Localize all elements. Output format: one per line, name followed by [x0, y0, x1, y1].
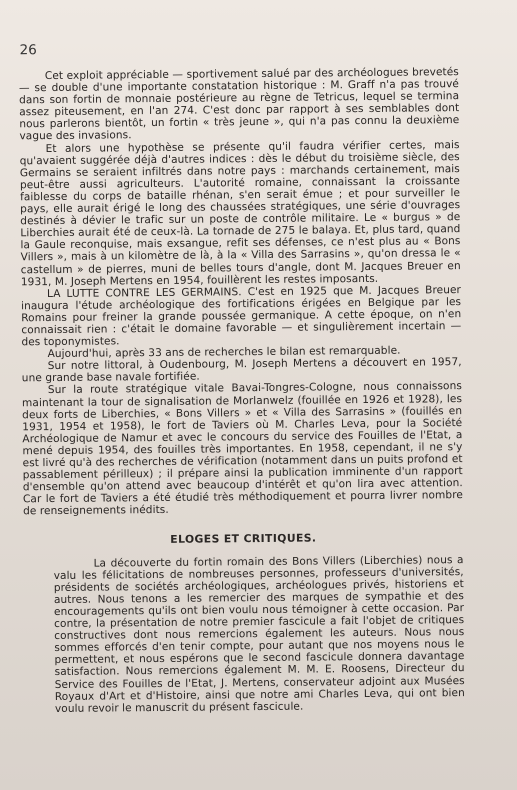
paragraph-route-strategique: Sur la route stratégique vitale Bavai-To… — [22, 380, 463, 517]
book-page: 26 Cet exploit appréciable — sportivemen… — [0, 0, 517, 790]
page-number: 26 — [20, 42, 37, 58]
paragraph-eloges: La découverte du fortin romain des Bons … — [54, 554, 465, 715]
paragraph-hypothesis: Et alors une hypothèse se présente qu'il… — [20, 139, 461, 288]
body-text: Cet exploit appréciable — sportivement s… — [19, 66, 465, 715]
paragraph-lutte-germains: LA LUTTE CONTRE LES GERMAINS. C'est en 1… — [21, 284, 462, 349]
section-eloges: La découverte du fortin romain des Bons … — [24, 554, 465, 715]
section-heading: ELOGES ET CRITIQUES. — [23, 532, 463, 548]
paragraph-tetricus: Cet exploit appréciable — sportivement s… — [19, 66, 460, 143]
